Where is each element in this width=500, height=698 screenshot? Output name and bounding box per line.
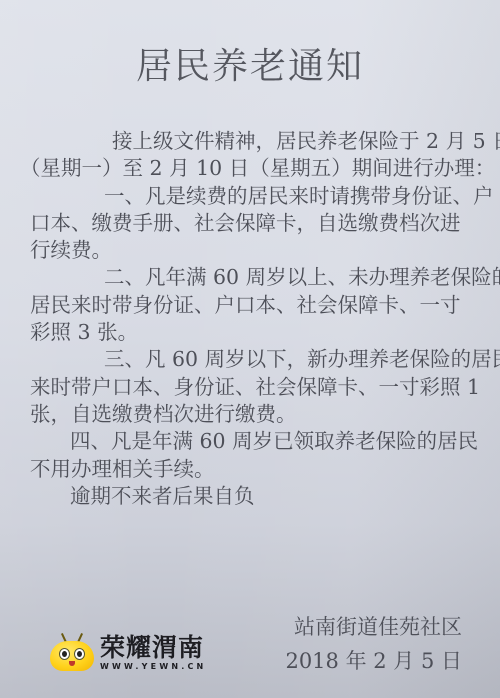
signature-date: 2018 年 2 月 5 日 <box>285 644 462 678</box>
item-3-line-2: 来时带户口本、身份证、社会保障卡、一寸彩照 1 <box>30 374 470 401</box>
paragraph-intro-line-2: （星期一）至 2 月 10 日（星期五）期间进行办理： <box>20 155 470 182</box>
bee-mascot-icon <box>50 633 94 671</box>
item-3-line-3: 张，自选缴费档次进行缴费。 <box>30 401 470 428</box>
item-2-line-3: 彩照 3 张。 <box>30 319 470 346</box>
watermark-name: 荣耀渭南 <box>100 634 206 662</box>
signature-block: 站南街道佳苑社区 2018 年 2 月 5 日 <box>285 610 462 678</box>
item-1-line-1: 一、凡是续费的居民来时请携带身份证、户 <box>30 183 470 210</box>
notice-paper: 居民养老通知 接上级文件精神，居民养老保险于 2 月 5 日 （星期一）至 2 … <box>0 0 500 698</box>
closing-warning: 逾期不来者后果自负 <box>30 483 470 510</box>
item-2-line-2: 居民来时带身份证、户口本、社会保障卡、一寸 <box>30 292 470 319</box>
signature-organization: 站南街道佳苑社区 <box>285 610 462 644</box>
notice-body: 接上级文件精神，居民养老保险于 2 月 5 日 （星期一）至 2 月 10 日（… <box>30 128 470 510</box>
item-4-line-1: 四、凡是年满 60 周岁已领取养老保险的居民 <box>30 428 470 455</box>
item-1-line-2: 口本、缴费手册、社会保障卡，自选缴费档次进 <box>30 210 470 237</box>
watermark-logo: 荣耀渭南 WWW.YEWN.CN <box>50 627 210 677</box>
paragraph-intro-line-1: 接上级文件精神，居民养老保险于 2 月 5 日 <box>30 128 470 155</box>
notice-title: 居民养老通知 <box>0 38 500 89</box>
item-2-line-1: 二、凡年满 60 周岁以上、未办理养老保险的 <box>30 264 470 291</box>
item-3-line-1: 三、凡 60 周岁以下，新办理养老保险的居民 <box>30 346 470 373</box>
item-1-line-3: 行续费。 <box>30 237 470 264</box>
watermark-url: WWW.YEWN.CN <box>100 662 206 671</box>
item-4-line-2: 不用办理相关手续。 <box>30 456 470 483</box>
